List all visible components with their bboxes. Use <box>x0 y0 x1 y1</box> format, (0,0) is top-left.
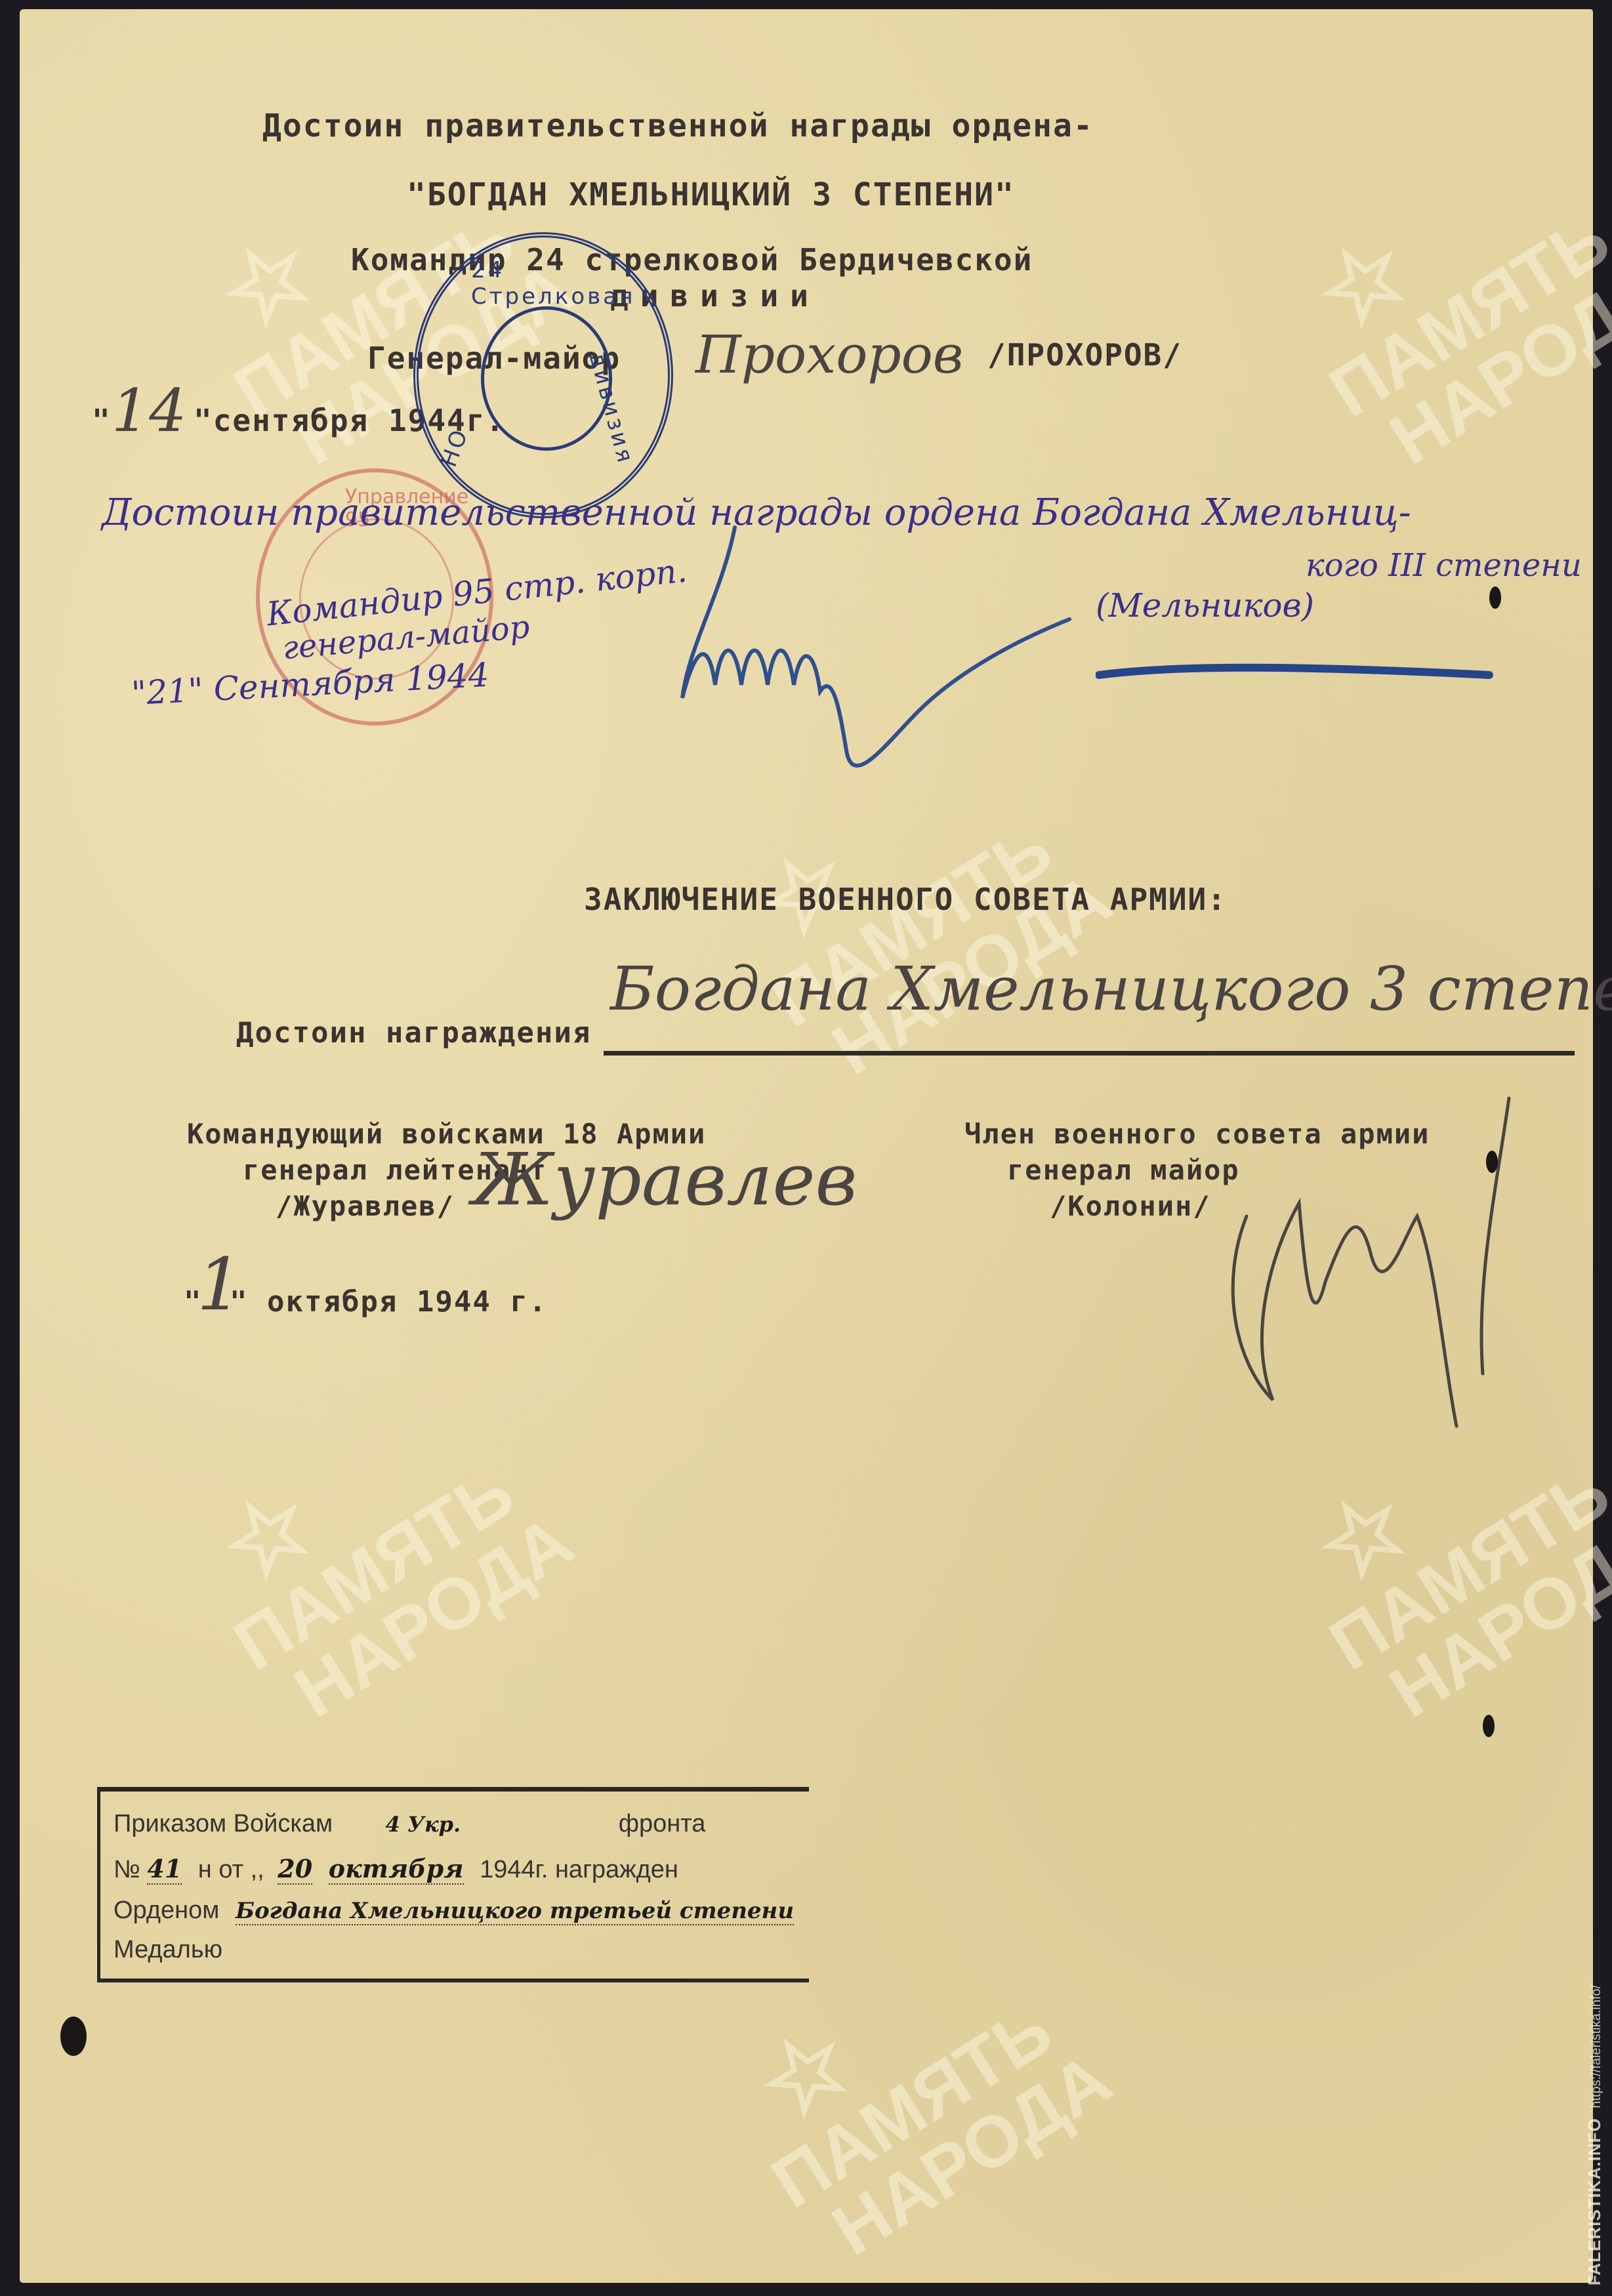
corps-commander-name: (Мельников) <box>1096 586 1314 625</box>
signature-melnikov <box>636 514 1109 829</box>
worthy-underline <box>604 1051 1575 1056</box>
star-icon: ☆ <box>204 1359 508 1600</box>
order-day-handwritten: 20 <box>278 1854 312 1885</box>
order-of-label: Орденом <box>114 1896 219 1924</box>
header-line-1: Достоин правительственной награды ордена… <box>262 108 1094 144</box>
date-open-quote: " <box>92 403 112 438</box>
date-day-handwritten: 14 <box>112 377 187 445</box>
worthy-label: Достоин награждения <box>236 1016 591 1050</box>
punch-hole <box>1486 1151 1498 1173</box>
blue-division-stamp: 24 Стрелковая НО дивизия <box>413 232 673 518</box>
punch-hole <box>1483 1715 1495 1737</box>
council-member-name: /Колонин/ <box>1050 1190 1211 1222</box>
signature-underline-stroke <box>1096 659 1502 698</box>
document-sheet: ☆ ПАМЯТЬ НАРОДА ☆ ПАМЯТЬ НАРОДА ☆ ПАМЯТЬ… <box>20 9 1593 2283</box>
site-watermark: FALERISTIKA.INFO https://faleristika.inf… <box>1584 1985 1605 2286</box>
worthy-value-handwritten: Богдана Хмельницкого 3 степени <box>610 954 1612 1024</box>
army-date-rest: " октября 1944 г. <box>230 1285 547 1319</box>
front-label: фронта <box>619 1810 706 1837</box>
punch-hole <box>60 2017 87 2056</box>
watermark-pamyat-naroda: ☆ ПАМЯТЬ НАРОДА <box>1266 106 1612 490</box>
award-order-stamp: Приказом Войскам 4 Укр. фронта № 41 н от… <box>97 1787 809 1982</box>
army-commander-name: /Журавлев/ <box>276 1190 455 1222</box>
order-number-handwritten: 41 <box>147 1854 182 1885</box>
medal-label: Медалью <box>114 1936 222 1964</box>
order-label: Приказом Войскам <box>114 1810 333 1837</box>
order-month-handwritten: октября <box>329 1854 464 1885</box>
watermark-pamyat-naroda: ☆ ПАМЯТЬ НАРОДА <box>171 1359 585 1743</box>
award-name-line: "БОГДАН ХМЕЛЬНИЦКИЙ 3 СТЕПЕНИ" <box>407 176 1015 213</box>
signature-kolonin <box>1194 1085 1561 1452</box>
punch-hole <box>1489 586 1501 609</box>
order-award-handwritten: Богдана Хмельницкого третьей степени <box>236 1898 794 1925</box>
signature-prokhorov: Прохоров <box>695 324 963 385</box>
order-year: 1944 <box>480 1856 535 1883</box>
star-icon: ☆ <box>1300 106 1603 347</box>
front-name-handwritten: 4 Укр. <box>386 1812 461 1837</box>
signature-zhuravlev: Журавлев <box>472 1138 858 1221</box>
corps-resolution-line-2: кого III степени <box>1306 547 1582 584</box>
commander-name: /ПРОХОРОВ/ <box>987 337 1182 373</box>
army-council-title: ЗАКЛЮЧЕНИЕ ВОЕННОГО СОВЕТА АРМИИ: <box>584 882 1227 917</box>
